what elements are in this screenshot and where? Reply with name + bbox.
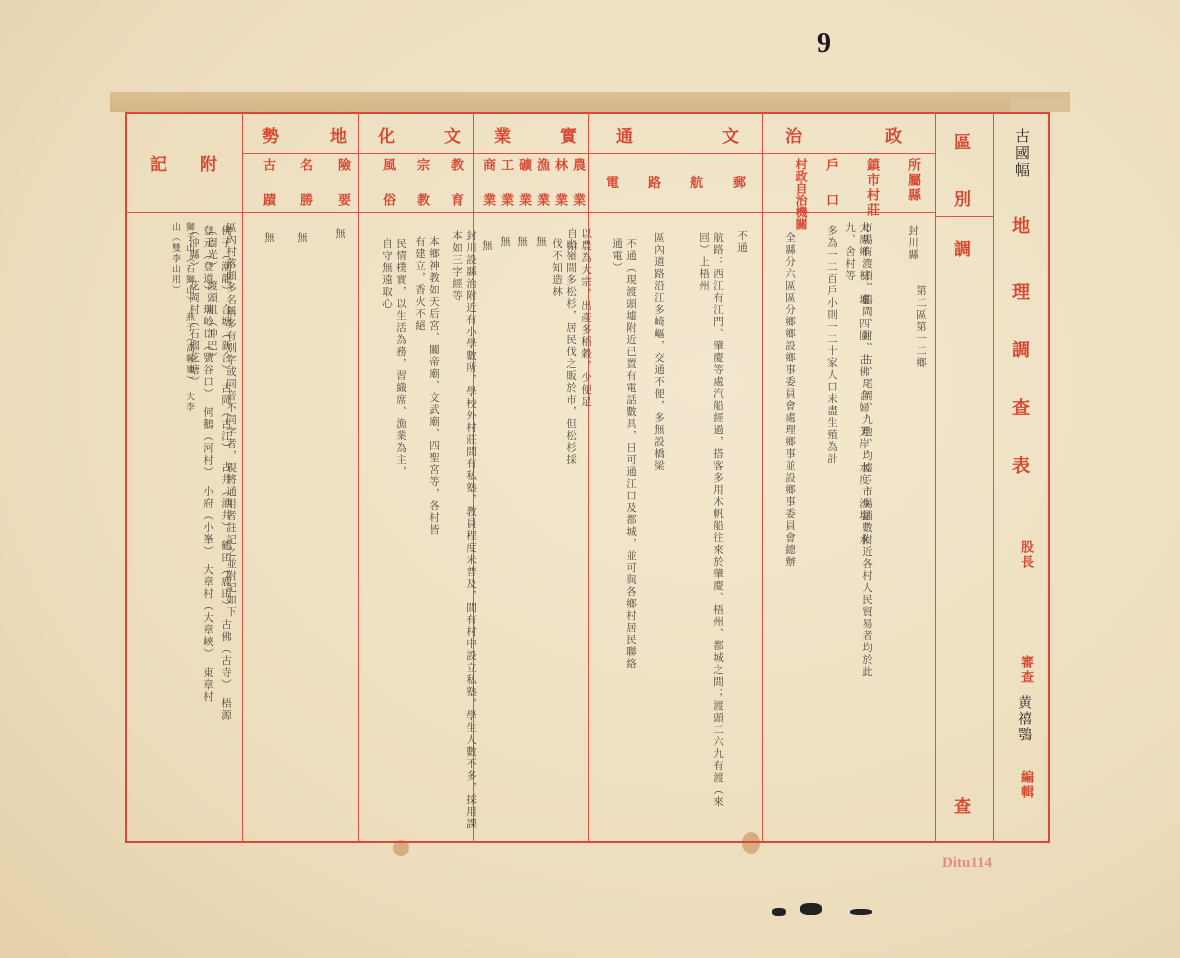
communication-header: 通 [616, 122, 633, 147]
corner-ink-mark: 9 [817, 28, 831, 60]
culture-header: 文 [444, 122, 461, 147]
culture-header: 化 [378, 122, 395, 147]
section-head-label: 股長 [1016, 540, 1035, 570]
administration-header: 治 [785, 122, 802, 147]
communication-subheader: 郵 [733, 172, 746, 191]
grid-line [935, 112, 936, 843]
communication-subheader: 路 [648, 172, 661, 191]
title-prefix: 古國幅 [1012, 128, 1033, 179]
geography-content: 無 [295, 232, 309, 244]
title-char: 理 [1012, 278, 1030, 304]
tape-strip [110, 92, 1070, 112]
administration-content: 全縣分六區區分鄉鄉設鄉事委員會處理鄉事並設鄉事委員會總辦 [783, 232, 797, 602]
geography-header: 地 [330, 122, 347, 147]
industry-subheader: 礦業 [514, 158, 533, 228]
industry-subheader: 農業 [568, 158, 587, 228]
district-subheader: 調 [954, 235, 971, 260]
industry-subheader: 商業 [478, 158, 497, 228]
industry-subheader: 林業 [550, 158, 569, 228]
watermark: Ditu114 [942, 855, 992, 872]
industry-content: 無 [498, 236, 512, 248]
administration-content: 多為一二百戶小則一二十家人口未盡生殖為計 [825, 225, 839, 485]
industry-content: 無 [515, 236, 529, 248]
communication-subheader: 電 [606, 172, 619, 191]
geography-header: 勢 [262, 122, 279, 147]
title-char: 表 [1012, 452, 1030, 478]
culture-content: 民情樸實，以生活為務，習織席、漁業為主，自守無遠取心 [380, 238, 408, 478]
grid-line [762, 112, 763, 843]
ink-blot [800, 903, 822, 915]
geography-subheader: 險要 [333, 158, 352, 228]
industry-header: 實 [560, 122, 577, 147]
industry-header: 業 [494, 122, 511, 147]
grid-line [935, 216, 993, 217]
title-char: 地 [1012, 212, 1030, 238]
ink-blot [772, 908, 786, 916]
industry-subheader: 漁業 [532, 158, 551, 228]
industry-subheader: 工業 [496, 158, 515, 228]
administration-subheader: 村政自治機關 [770, 158, 808, 230]
editor-label: 編輯 [1016, 770, 1035, 800]
culture-subheader: 風俗 [378, 158, 397, 228]
administration-content: 大原鄉、村、墟、四圍、古佛、合婦、芳岸、水度、沙堤、水九、舍村等 [843, 222, 871, 562]
grid-line [993, 112, 994, 843]
communication-content: 區內道路沿江多崎嶇，交通不便，多無設橋梁 [652, 232, 666, 552]
grid-line [242, 112, 243, 843]
notes-header: 記 [150, 150, 167, 175]
administration-subheader: 戶口 [821, 158, 840, 228]
administration-header: 政 [885, 122, 902, 147]
geography-subheader: 古蹟 [258, 158, 277, 228]
administration-subheader: 所屬縣 [903, 158, 922, 203]
district-footer: 查 [954, 792, 971, 817]
grid-line [358, 112, 359, 843]
communication-content: 不通 [735, 230, 749, 260]
editor-name: 黄禧鶚 [1014, 695, 1034, 743]
geography-subheader: 名勝 [295, 158, 314, 228]
title-char: 調 [1012, 336, 1030, 362]
tape-strip-end [1010, 98, 1070, 112]
administration-subheader: 鎮市村莊 [862, 158, 881, 218]
communication-content: 不通（現渡頭墟附近已置有電話數具，日可通江口及都城，並可與各鄉村居民聯絡通電） [610, 238, 638, 678]
reviewer-label: 審查 [1016, 655, 1035, 685]
geography-content: 無 [333, 228, 347, 240]
grid-line [588, 112, 589, 843]
industry-content: 山嶺間多松杉，居民伐之販於市，但松杉採伐不知造林 [550, 238, 578, 468]
district-header: 別 [954, 185, 971, 210]
title-char: 查 [1012, 394, 1030, 420]
culture-content: 封川設縣治附近有小學數所，學校外村莊間有私塾，教員程度未普及，間有村中設立私塾，… [450, 230, 478, 840]
district-header: 區 [954, 128, 971, 153]
industry-content: 無 [480, 240, 494, 252]
communication-subheader: 航 [690, 172, 703, 191]
culture-subheader: 宗教 [412, 158, 431, 228]
communication-header: 文 [722, 122, 739, 147]
culture-content: 本鄉神教如天后宮、關帝廟、文武廟、四聖宮等，各村皆有建立，香火不絕 [413, 236, 441, 546]
geography-content: 無 [262, 232, 276, 244]
communication-content: 航路：西江有江門、肇慶等處汽船經過，搭客多用木帆船往來於肇慶、梧州、都城之間；渡… [697, 232, 725, 822]
notes-content: 獅子山（石獅山） 燕子（高鞍嶺） 大李山（雙李山用） [168, 222, 196, 422]
ink-blot [850, 909, 872, 915]
notes-header: 附 [200, 150, 217, 175]
industry-content: 無 [534, 236, 548, 248]
grid-line [242, 153, 935, 154]
culture-subheader: 教育 [446, 158, 465, 228]
district-content: 第二區第一二鄉 [914, 285, 928, 405]
